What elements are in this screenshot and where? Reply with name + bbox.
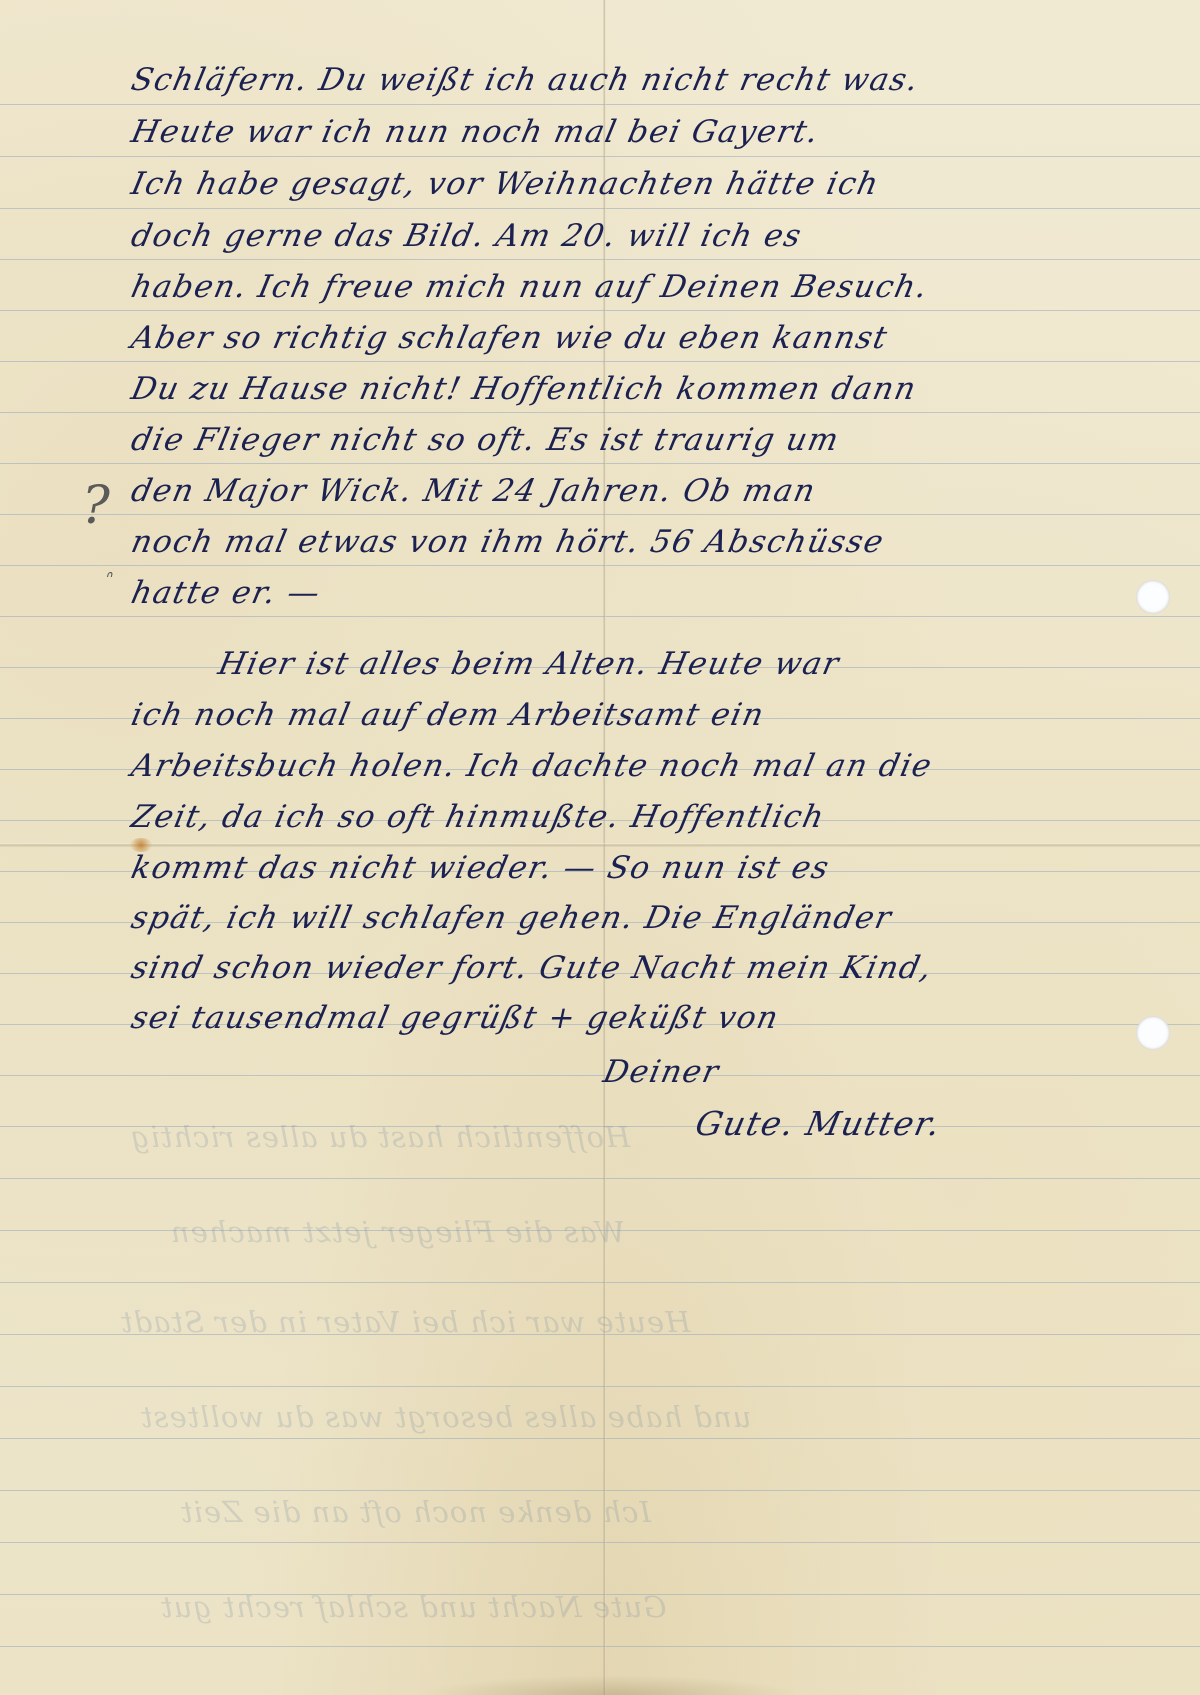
ruled-line: [0, 1646, 1200, 1647]
letter-line: Arbeitsbuch holen. Ich dachte noch mal a…: [128, 748, 936, 784]
ruled-line: [0, 1178, 1200, 1179]
letter-line: den Major Wick. Mit 24 Jahren. Ob man: [128, 473, 819, 509]
letter-line: Hier ist alles beim Alten. Heute war: [215, 646, 843, 682]
bleed-through-text: Hoffentlich hast du alles richtig: [130, 1120, 630, 1154]
letter-line: Zeit, da ich so oft hinmußte. Hoffentlic…: [128, 799, 828, 835]
ruled-line: [0, 616, 1200, 617]
signature: Gute. Mutter.: [692, 1104, 945, 1143]
ruled-line: [0, 1542, 1200, 1543]
letter-line: Aber so richtig schlafen wie du eben kan…: [128, 320, 891, 356]
ruled-line: [0, 156, 1200, 157]
bleed-through-text: Was die Flieger jetzt machen: [170, 1215, 625, 1249]
letter-line: sei tausendmal gegrüßt + geküßt von: [128, 1000, 783, 1036]
ruled-line: [0, 463, 1200, 464]
letter-line: Heute war ich nun noch mal bei Gayert.: [128, 114, 823, 150]
letter-line: sind schon wieder fort. Gute Nacht mein …: [128, 950, 936, 986]
letter-line: ich noch mal auf dem Arbeitsamt ein: [128, 697, 768, 733]
letter-line: die Flieger nicht so oft. Es ist traurig…: [128, 422, 843, 458]
bleed-through-text: und habe alles besorgt was du wolltest: [140, 1400, 751, 1434]
vertical-fold-crease: [603, 0, 606, 1695]
ruled-line: [0, 1075, 1200, 1076]
ruled-line: [0, 1282, 1200, 1283]
letter-line: kommt das nicht wieder. — So nun ist es: [128, 850, 833, 886]
ruled-line: [0, 361, 1200, 362]
ruled-line: [0, 514, 1200, 515]
ruled-line: [0, 259, 1200, 260]
letter-line: Ich habe gesagt, vor Weihnachten hätte i…: [128, 166, 883, 202]
bleed-through-text: Gute Nacht und schlaf recht gut: [160, 1590, 667, 1624]
letter-line: spät, ich will schlafen gehen. Die Englä…: [128, 900, 896, 936]
bottom-edge-stain: [420, 1675, 800, 1695]
horizontal-fold-crease: [0, 843, 1200, 847]
letter-line: Schläfern. Du weißt ich auch nicht recht…: [128, 62, 923, 98]
letter-line: Du zu Hause nicht! Hoffentlich kommen da…: [128, 371, 920, 407]
letter-line: noch mal etwas von ihm hört. 56 Abschüss…: [128, 524, 888, 560]
letter-line: doch gerne das Bild. Am 20. will ich es: [128, 218, 806, 254]
ruled-line: [0, 1438, 1200, 1439]
ruled-line: [0, 1490, 1200, 1491]
margin-question-mark: ?: [82, 476, 110, 536]
punch-hole-lower: [1136, 1016, 1170, 1050]
bleed-through-text: Heute war ich bei Vater in der Stadt: [120, 1305, 690, 1339]
valediction: Deiner: [600, 1054, 723, 1090]
margin-small-mark: ᐢ: [104, 568, 111, 589]
ruled-line: [0, 412, 1200, 413]
ruled-line: [0, 310, 1200, 311]
punch-hole-upper: [1136, 580, 1170, 614]
letter-line: haben. Ich freue mich nun auf Deinen Bes…: [128, 269, 932, 305]
bleed-through-text: Ich denke noch oft an die Zeit: [180, 1495, 651, 1529]
letter-line: hatte er. —: [128, 575, 324, 611]
ruled-line: [0, 104, 1200, 105]
ruled-line: [0, 1386, 1200, 1387]
ruled-line: [0, 565, 1200, 566]
letter-paper: Hoffentlich hast du alles richtig Was di…: [0, 0, 1200, 1695]
ruled-line: [0, 208, 1200, 209]
